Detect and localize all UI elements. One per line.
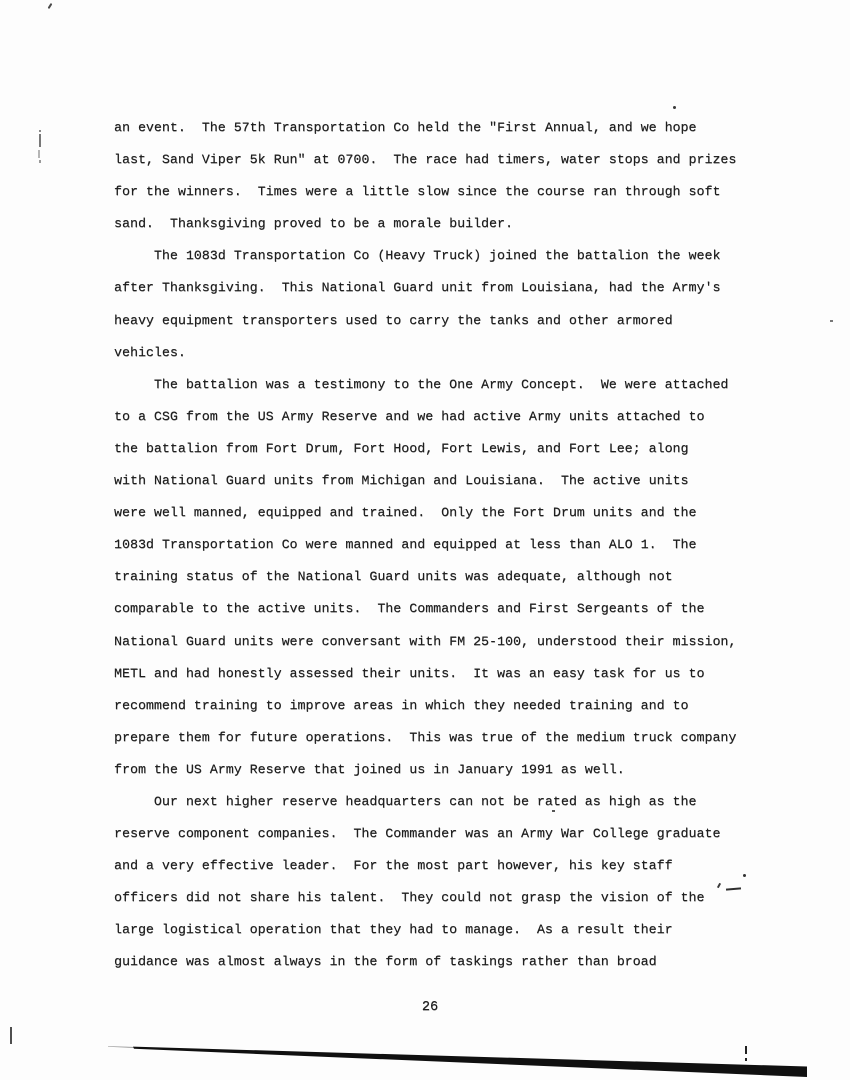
text-line: comparable to the active units. The Comm… [114, 593, 754, 625]
text-line: The battalion was a testimony to the One… [114, 369, 754, 401]
text-line: reserve component companies. The Command… [114, 818, 754, 850]
text-line: recommend training to improve areas in w… [114, 690, 754, 722]
text-line: were well manned, equipped and trained. … [114, 497, 754, 529]
scan-skew-line-wedge [133, 1047, 807, 1077]
text-line: vehicles. [114, 337, 754, 369]
text-line: from the US Army Reserve that joined us … [114, 754, 754, 786]
text-line: the battalion from Fort Drum, Fort Hood,… [114, 433, 754, 465]
text-line: Our next higher reserve headquarters can… [114, 786, 754, 818]
text-line: heavy equipment transporters used to car… [114, 305, 754, 337]
scan-mark-exclamation-bar [745, 1046, 747, 1054]
page-number: 26 [114, 999, 746, 1017]
text-line: sand. Thanksgiving proved to be a morale… [114, 208, 754, 240]
scan-mark-exclamation-dot [745, 1058, 747, 1061]
scan-mark-left-margin-dot2 [39, 160, 41, 163]
scan-mark-left-margin-bar [39, 134, 41, 147]
scanned-document-page: an event. The 57th Transportation Co hel… [0, 0, 850, 1080]
text-line: training status of the National Guard un… [114, 561, 754, 593]
text-line: an event. The 57th Transportation Co hel… [114, 112, 754, 144]
text-line: and a very effective leader. For the mos… [114, 850, 754, 882]
text-line: large logistical operation that they had… [114, 914, 754, 946]
scan-mark-right-margin-dot [830, 320, 833, 322]
scan-skew-line-faint-tip [108, 1046, 135, 1048]
scan-mark-dot-above-line1 [673, 106, 676, 109]
text-line: after Thanksgiving. This National Guard … [114, 272, 754, 304]
text-line: officers did not share his talent. They … [114, 882, 754, 914]
scan-mark-top-left-tick [48, 3, 53, 9]
text-line: to a CSG from the US Army Reserve and we… [114, 401, 754, 433]
text-line: for the winners. Times were a little slo… [114, 176, 754, 208]
document-text: an event. The 57th Transportation Co hel… [114, 112, 754, 979]
text-line: guidance was almost always in the form o… [114, 946, 754, 978]
scan-mark-left-margin-dot [39, 130, 41, 132]
text-line: last, Sand Viper 5k Run" at 0700. The ra… [114, 144, 754, 176]
text-line: METL and had honestly assessed their uni… [114, 658, 754, 690]
text-line: with National Guard units from Michigan … [114, 465, 754, 497]
text-line: National Guard units were conversant wit… [114, 626, 754, 658]
text-line: 1083d Transportation Co were manned and … [114, 529, 754, 561]
text-line: prepare them for future operations. This… [114, 722, 754, 754]
scan-mark-left-margin-faint [38, 150, 40, 158]
scan-mark-bottom-left-bar [10, 1027, 12, 1044]
text-line: The 1083d Transportation Co (Heavy Truck… [114, 240, 754, 272]
